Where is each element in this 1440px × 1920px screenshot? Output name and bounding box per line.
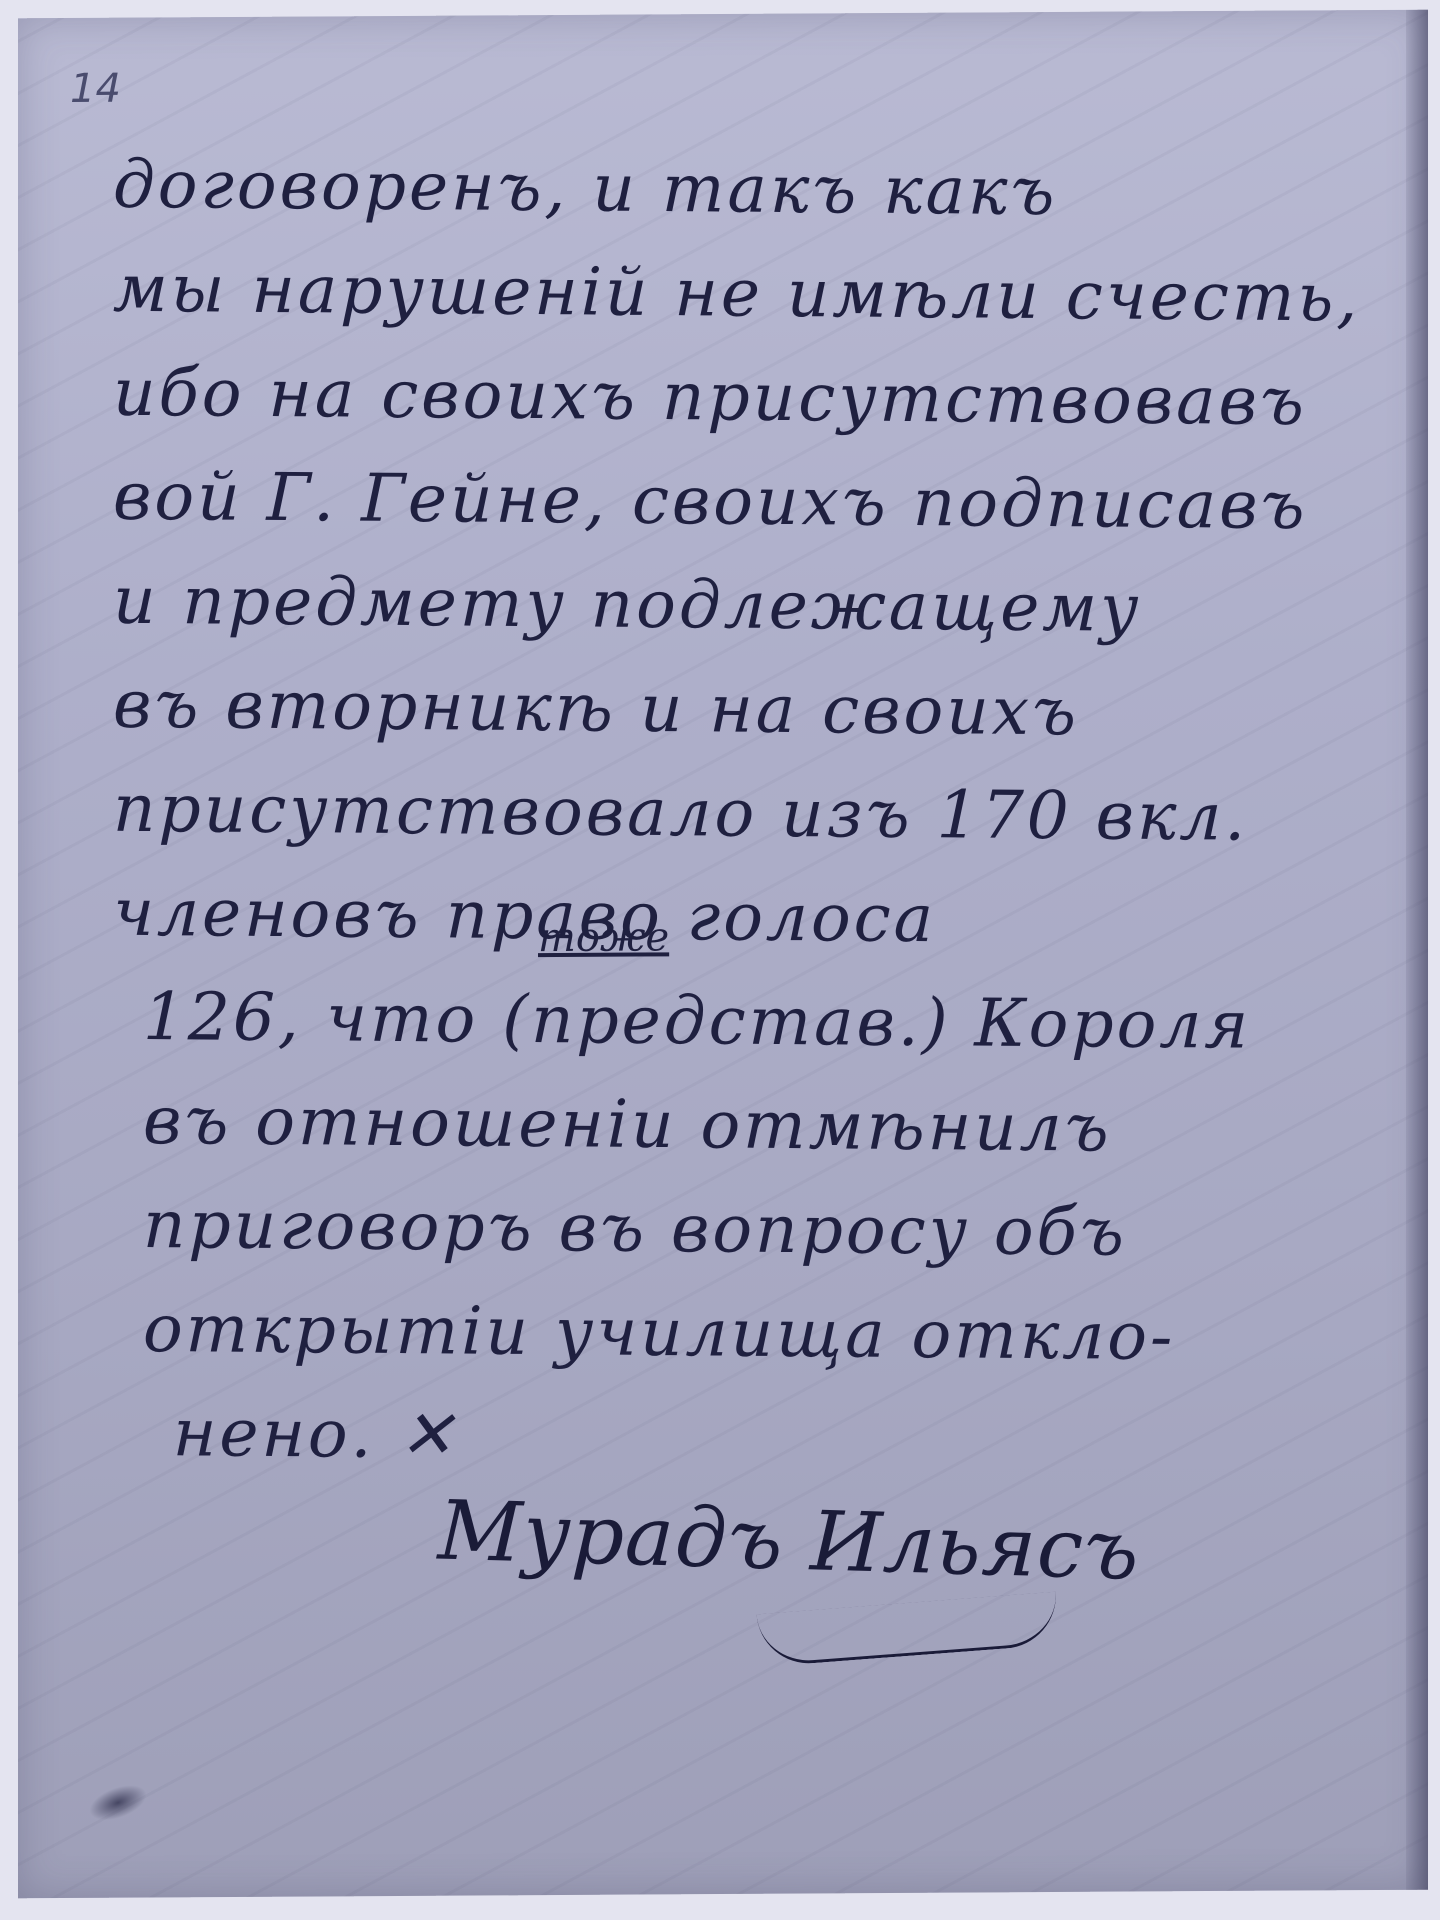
text-line: присутствовало изъ 170 вкл. (112, 757, 1363, 871)
text-line: вой Г. Гейне, своихъ подписавъ (112, 445, 1363, 559)
text-line: открытіи училища откло- (112, 1277, 1363, 1391)
text-line: членовъ право голоса (112, 861, 1363, 975)
ink-blot (85, 1778, 152, 1827)
folio-number: 14 (70, 66, 121, 112)
signature: Мурадъ Ильясъ (437, 1484, 1142, 1599)
signature-flourish (757, 1592, 1060, 1668)
manuscript-page: 14 договоренъ, и такъ какъ мы нарушеній … (18, 10, 1428, 1899)
text-line: ибо на своихъ присутствовавъ (112, 341, 1363, 455)
text-line: мы нарушеній не имѣли счесть, (112, 237, 1363, 351)
text-line: приговоръ въ вопросу объ (112, 1173, 1363, 1287)
text-line: нено. ✕ (112, 1381, 1363, 1495)
interlinear-insertion: тоже (538, 914, 669, 961)
manuscript-body: договоренъ, и такъ какъ мы нарушеній не … (113, 125, 1363, 1485)
text-line: въ вторникѣ и на своихъ (112, 653, 1363, 767)
text-line: договоренъ, и такъ какъ (112, 133, 1363, 247)
text-line: и предмету подлежащему (112, 549, 1363, 663)
text-line: въ отношеніи отмѣнилъ (112, 1069, 1363, 1183)
text-line: 126, что (представ.) Короля (112, 965, 1363, 1079)
